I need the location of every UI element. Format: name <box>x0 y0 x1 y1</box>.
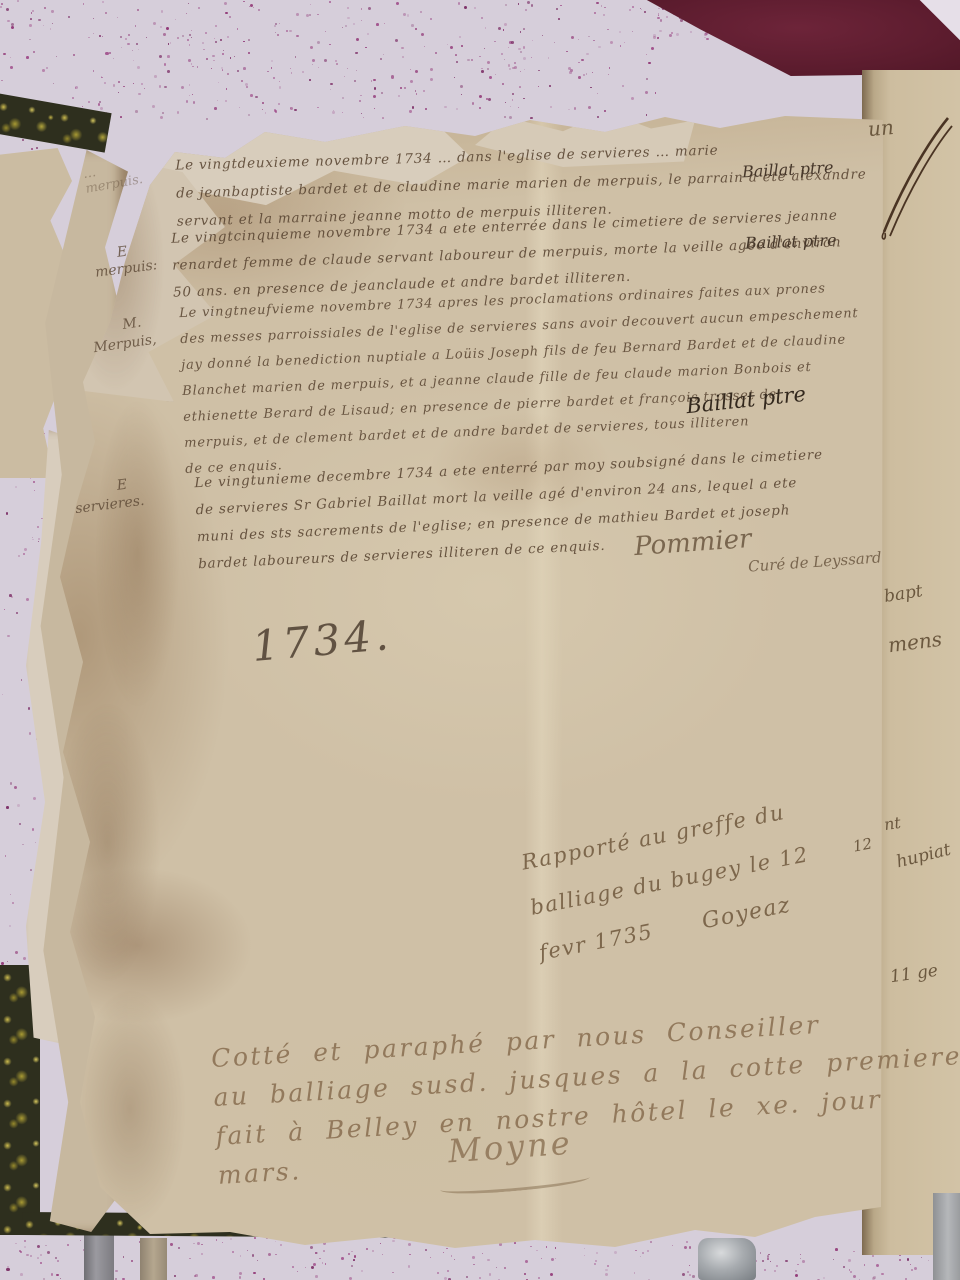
photo-of-parish-register: … merpuis. E merpuis: M. Merpuis, E serv… <box>0 0 960 1280</box>
metal-edge-fitting <box>933 1193 960 1280</box>
priest-signature: Baillat ptre <box>745 230 837 252</box>
clerk-signature: Goyeaz <box>700 893 793 935</box>
underpage-fragment: un <box>867 115 895 141</box>
wooden-stick <box>140 1238 167 1280</box>
binder-clip <box>698 1238 756 1280</box>
maroon-felt-cloth <box>600 0 960 80</box>
note-line-text: fevr 1735 <box>537 919 655 965</box>
marbled-board-top-left <box>0 93 112 152</box>
underpage-fragment: 12 <box>852 834 874 855</box>
wooden-stick <box>84 1231 114 1280</box>
underpage-fragment: nt <box>883 813 902 834</box>
